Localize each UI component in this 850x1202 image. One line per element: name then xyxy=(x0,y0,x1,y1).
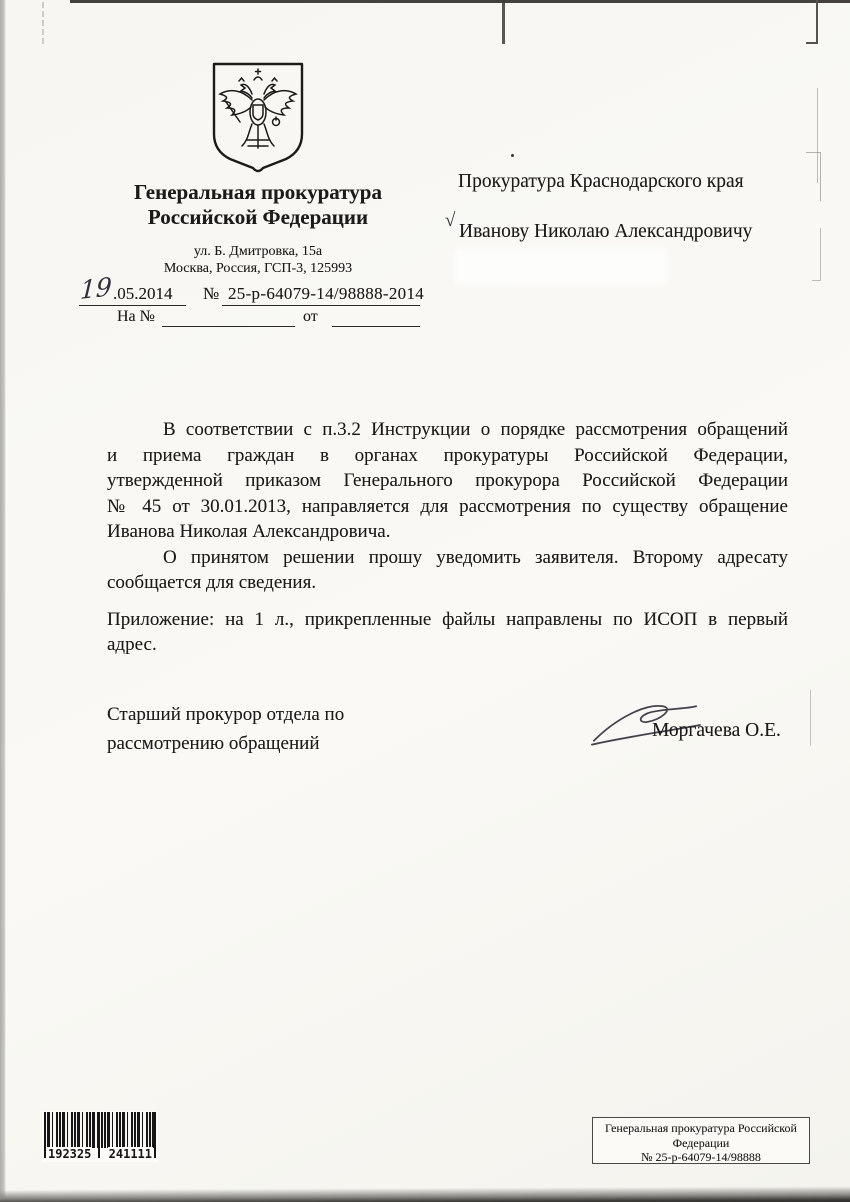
handwritten-checkmark: √ xyxy=(445,210,455,232)
from-date-label: от xyxy=(303,308,318,326)
incoming-ref-blank xyxy=(162,326,295,327)
registration-stamp: Генеральная прокуратура Российской Федер… xyxy=(592,1117,810,1164)
body-line: № 45 от 30.01.2013, направляется для рас… xyxy=(107,494,788,520)
letter-body: В соответствии с п.3.2 Инструкции о поря… xyxy=(107,417,788,658)
signer-position-line2: рассмотрению обращений xyxy=(107,729,344,758)
barcode-digits: 192325 241111 xyxy=(47,1147,153,1161)
signer-name: Моргачева О.Е. xyxy=(652,720,781,742)
barcode: 192325 241111 xyxy=(42,1111,158,1162)
incoming-ref-label: На № xyxy=(117,308,155,326)
body-line: и приема граждан в органах прокуратуры Р… xyxy=(107,443,788,469)
org-name-line1: Генеральная прокуратура xyxy=(98,180,418,205)
coat-of-arms-icon xyxy=(206,60,310,176)
org-address: ул. Б. Дмитровка, 15а Москва, Россия, ГС… xyxy=(98,244,418,277)
org-name-line2: Российской Федерации xyxy=(98,205,418,230)
stray-ink-dot xyxy=(511,154,514,157)
handwritten-day: 19 xyxy=(79,272,112,305)
barcode-digits-right: 241111 xyxy=(108,1147,153,1161)
scan-top-right-hook xyxy=(806,42,818,44)
scan-top-mark xyxy=(502,0,505,44)
signer-position-line1: Старший прокурор отдела по xyxy=(107,700,344,729)
date-underline xyxy=(79,305,186,306)
org-address-line2: Москва, Россия, ГСП-3, 125993 xyxy=(98,261,418,278)
stamp-line1: Генеральная прокуратура Российской xyxy=(593,1121,809,1136)
attachment-line: адрес. xyxy=(107,632,788,658)
outgoing-number: 25-р-64079-14/98888-2014 xyxy=(228,284,424,304)
scan-bottom-shadow xyxy=(0,1186,850,1202)
number-underline xyxy=(222,305,420,306)
from-date-blank xyxy=(332,326,420,327)
scanned-letter-page: Генеральная прокуратура Российской Федер… xyxy=(0,0,850,1202)
body-line: В соответствии с п.3.2 Инструкции о поря… xyxy=(107,417,788,443)
barcode-guard-right xyxy=(154,1112,156,1158)
attachment-line: Приложение: на 1 л., прикрепленные файлы… xyxy=(107,607,788,633)
redacted-area xyxy=(458,251,663,281)
body-line: утвержденной приказом Генерального проку… xyxy=(107,468,788,494)
org-address-line1: ул. Б. Дмитровка, 15а xyxy=(98,244,418,261)
scan-top-right-mark xyxy=(816,0,818,43)
scan-right-bracket-1 xyxy=(806,152,821,201)
barcode-guard-left xyxy=(44,1112,46,1158)
letterhead: Генеральная прокуратура Российской Федер… xyxy=(98,180,418,277)
scan-left-edge xyxy=(0,0,6,1202)
body-line: О принятом решении прошу уведомить заяви… xyxy=(107,545,788,571)
scan-top-edge xyxy=(70,0,850,3)
barcode-bars xyxy=(44,1112,156,1148)
paragraph-gap xyxy=(107,596,788,607)
scan-right-bracket-2 xyxy=(812,228,821,281)
recipient-organization: Прокуратура Краснодарского края xyxy=(458,171,744,193)
recipient-person: Иванову Николаю Александровичу xyxy=(459,221,752,243)
body-line: сообщается для сведения. xyxy=(107,570,788,596)
letter-date: .05.2014 xyxy=(113,284,173,304)
body-line: Иванова Николая Александровича. xyxy=(107,519,788,545)
stamp-line3: № 25-р-64079-14/98888 xyxy=(593,1150,809,1165)
scan-left-dashes xyxy=(42,2,44,44)
signer-position: Старший прокурор отдела по рассмотрению … xyxy=(107,700,344,758)
stamp-line2: Федерации xyxy=(593,1136,809,1151)
number-sign: № xyxy=(203,284,219,304)
barcode-digits-left: 192325 xyxy=(47,1147,92,1161)
scan-right-mark-2 xyxy=(810,690,811,746)
